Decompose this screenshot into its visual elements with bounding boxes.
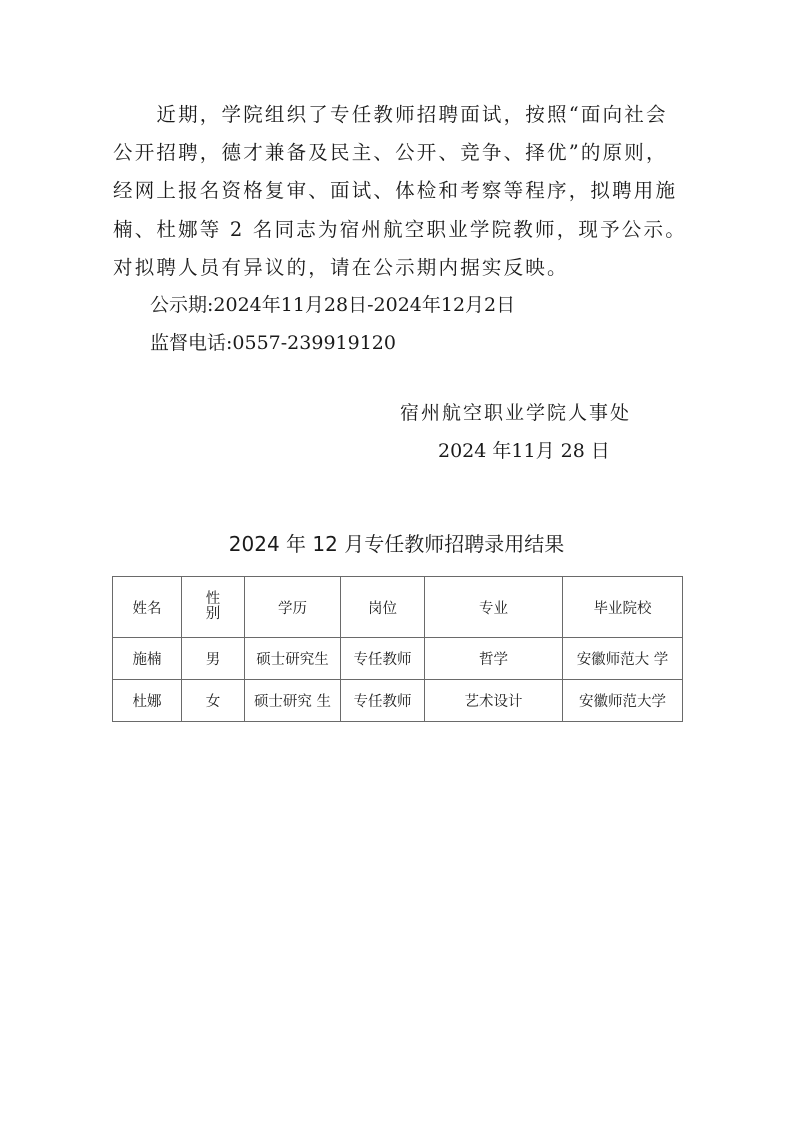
paragraph-line-4: 楠、杜娜等 2 名同志为宿州航空职业学院教师，现予公示。 [113, 218, 687, 242]
table-title: 2024 年 12 月专任教师招聘录用结果 [0, 531, 793, 557]
results-table: 姓名 性 别 学历 岗位 专业 毕业院校 施楠 男 硕士研究生 专任教师 哲学 … [112, 576, 683, 722]
header-major: 专业 [425, 577, 563, 638]
header-school: 毕业院校 [563, 577, 683, 638]
header-name: 姓名 [113, 577, 182, 638]
table-row: 施楠 男 硕士研究生 专任教师 哲学 安徽师范大 学 [113, 638, 683, 680]
cell-major: 艺术设计 [425, 680, 563, 722]
cell-position: 专任教师 [341, 638, 425, 680]
supervision-phone: 监督电话:0557-239919120 [150, 331, 396, 355]
header-gender-bottom: 别 [206, 606, 221, 622]
table-header-row: 姓名 性 别 学历 岗位 专业 毕业院校 [113, 577, 683, 638]
cell-name: 施楠 [113, 638, 182, 680]
paragraph-line-2: 公开招聘，德才兼备及民主、公开、竞争、择优”的原则， [113, 141, 668, 165]
cell-gender: 男 [182, 638, 245, 680]
paragraph-line-5: 对拟聘人员有异议的，请在公示期内据实反映。 [113, 256, 569, 280]
cell-education: 硕士研究生 [245, 638, 341, 680]
paragraph-line-1: 近期，学院组织了专任教师招聘面试，按照“面向社会 [113, 103, 668, 127]
cell-education: 硕士研究 生 [245, 680, 341, 722]
cell-position: 专任教师 [341, 680, 425, 722]
signature-org: 宿州航空职业学院人事处 [400, 398, 631, 425]
paragraph-line-3: 经网上报名资格复审、面试、体检和考察等程序，拟聘用施 [113, 179, 677, 203]
header-education: 学历 [245, 577, 341, 638]
cell-major: 哲学 [425, 638, 563, 680]
header-position: 岗位 [341, 577, 425, 638]
cell-name: 杜娜 [113, 680, 182, 722]
table-row: 杜娜 女 硕士研究 生 专任教师 艺术设计 安徽师范大学 [113, 680, 683, 722]
signature-date: 2024 年11月 28 日 [438, 436, 610, 463]
cell-school: 安徽师范大 学 [563, 638, 683, 680]
header-gender-top: 性 [206, 591, 221, 607]
header-gender: 性 别 [182, 577, 245, 638]
cell-gender: 女 [182, 680, 245, 722]
cell-school: 安徽师范大学 [563, 680, 683, 722]
publicity-period: 公示期:2024年11月28日-2024年12月2日 [150, 293, 515, 317]
